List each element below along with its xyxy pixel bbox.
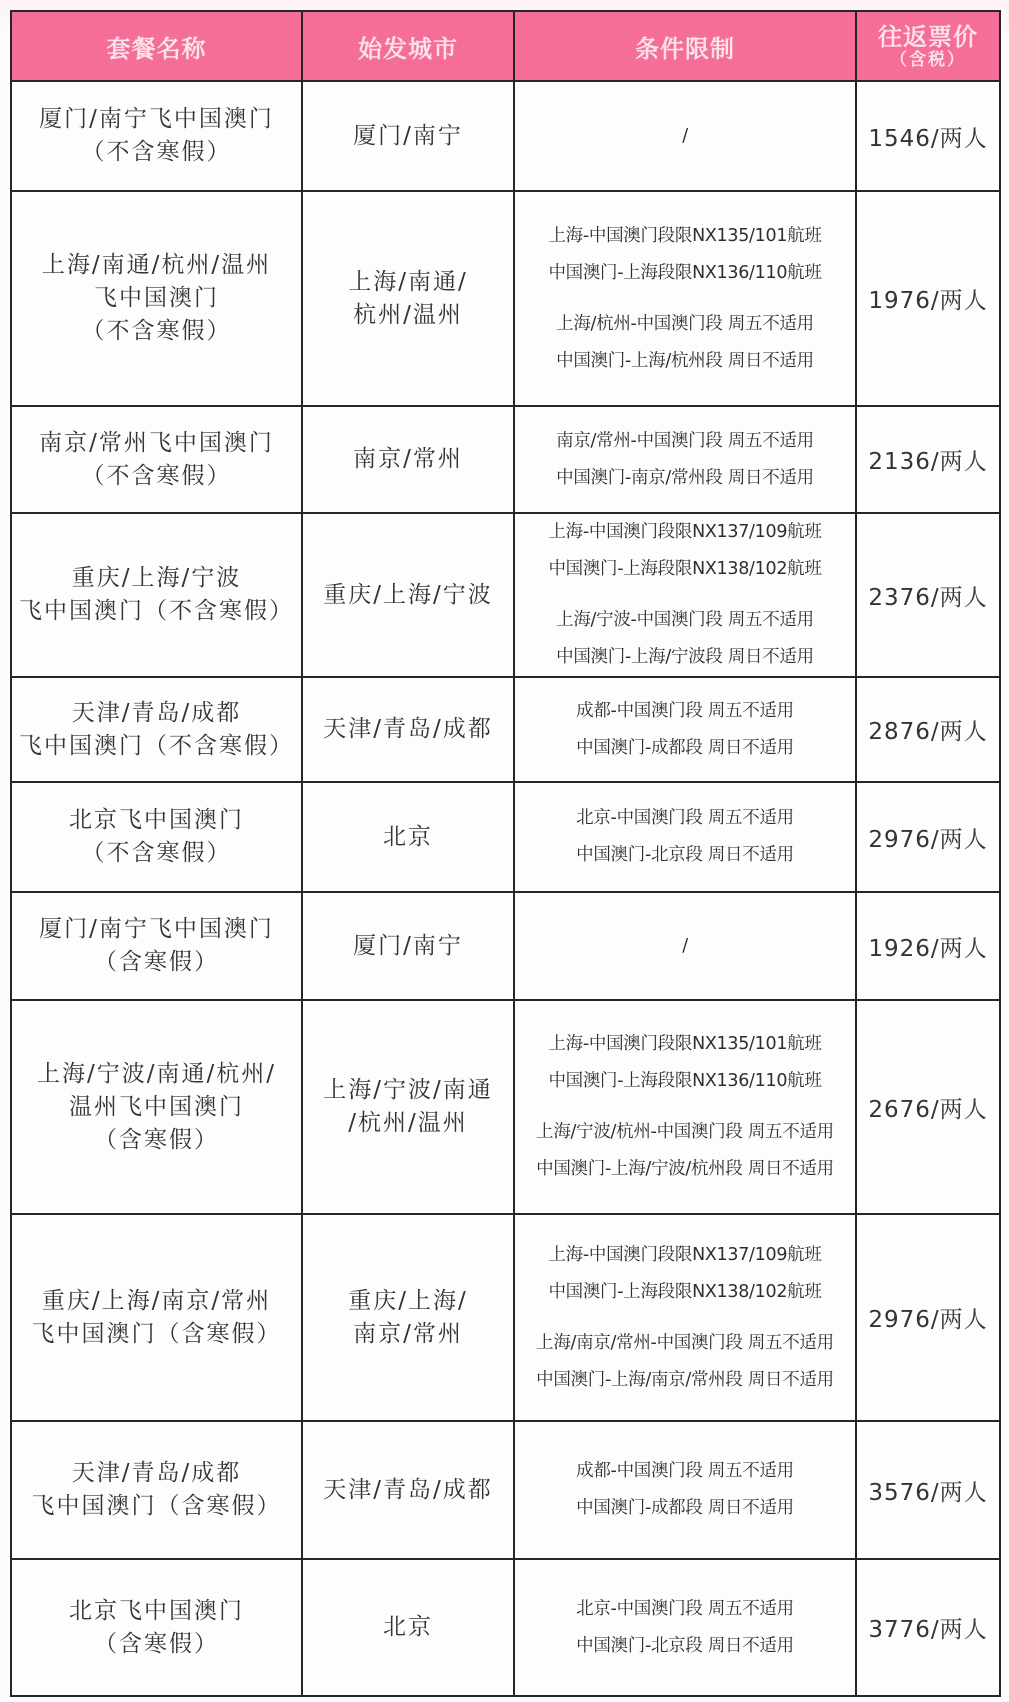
condition-line: 上海-中国澳门段限NX135/101航班 — [515, 218, 855, 255]
condition-line: 中国澳门-北京段 周日不适用 — [515, 837, 855, 874]
price-cell: 3576/两人 — [856, 1421, 1000, 1559]
package-name-line: （含寒假） — [12, 1124, 301, 1157]
conditions-group-gap — [515, 292, 855, 306]
departure-city-line: 天津/青岛/成都 — [303, 713, 513, 746]
price-cell: 1546/两人 — [856, 81, 1000, 191]
fare-table: 套餐名称 始发城市 条件限制 往返票价 （含税） 厦门/南宁飞中国澳门（不含寒假… — [10, 10, 1001, 1697]
package-name-line: 厦门/南宁飞中国澳门 — [12, 913, 301, 946]
condition-line: 上海-中国澳门段限NX135/101航班 — [515, 1026, 855, 1063]
condition-line: 上海-中国澳门段限NX137/109航班 — [515, 1237, 855, 1274]
package-name-line: （含寒假） — [12, 1628, 301, 1661]
condition-line: 南京/常州-中国澳门段 周五不适用 — [515, 423, 855, 460]
package-name-line: 北京飞中国澳门 — [12, 1595, 301, 1628]
departure-city-line: 北京 — [303, 821, 513, 854]
conditions-group-gap — [515, 1100, 855, 1114]
package-name-cell: 南京/常州飞中国澳门（不含寒假） — [11, 406, 302, 513]
price-cell: 2136/两人 — [856, 406, 1000, 513]
departure-city-cell: 天津/青岛/成都 — [302, 677, 514, 782]
price-cell: 2676/两人 — [856, 1000, 1000, 1214]
package-name-cell: 上海/宁波/南通/杭州/温州飞中国澳门（含寒假） — [11, 1000, 302, 1214]
departure-city-line: 重庆/上海/ — [303, 1285, 513, 1318]
package-name-line: 天津/青岛/成都 — [12, 697, 301, 730]
conditions-cell: 上海-中国澳门段限NX137/109航班中国澳门-上海段限NX138/102航班… — [514, 1214, 856, 1421]
conditions-cell: 北京-中国澳门段 周五不适用中国澳门-北京段 周日不适用 — [514, 1559, 856, 1696]
condition-line: 中国澳门-成都段 周日不适用 — [515, 730, 855, 767]
condition-line: 上海/杭州-中国澳门段 周五不适用 — [515, 306, 855, 343]
table-header-row: 套餐名称 始发城市 条件限制 往返票价 （含税） — [11, 11, 1000, 81]
package-name-line: 上海/宁波/南通/杭州/ — [12, 1058, 301, 1091]
condition-line: / — [515, 118, 855, 155]
package-name-cell: 天津/青岛/成都飞中国澳门（含寒假） — [11, 1421, 302, 1559]
condition-line: 中国澳门-上海段限NX138/102航班 — [515, 551, 855, 588]
condition-line: 中国澳门-上海/宁波/杭州段 周日不适用 — [515, 1151, 855, 1188]
package-name-line: 南京/常州飞中国澳门 — [12, 427, 301, 460]
table-row: 北京飞中国澳门（不含寒假）北京北京-中国澳门段 周五不适用中国澳门-北京段 周日… — [11, 782, 1000, 892]
package-name-line: 飞中国澳门（含寒假） — [12, 1490, 301, 1523]
conditions-cell: 上海-中国澳门段限NX137/109航班中国澳门-上海段限NX138/102航班… — [514, 513, 856, 677]
conditions-cell: 北京-中国澳门段 周五不适用中国澳门-北京段 周日不适用 — [514, 782, 856, 892]
departure-city-cell: 重庆/上海/宁波 — [302, 513, 514, 677]
price-cell: 3776/两人 — [856, 1559, 1000, 1696]
package-name-cell: 厦门/南宁飞中国澳门（不含寒假） — [11, 81, 302, 191]
conditions-group-gap — [515, 588, 855, 602]
price-cell: 2376/两人 — [856, 513, 1000, 677]
package-name-line: 飞中国澳门（不含寒假） — [12, 595, 301, 628]
header-departure-city: 始发城市 — [302, 11, 514, 81]
table-body: 厦门/南宁飞中国澳门（不含寒假）厦门/南宁/1546/两人上海/南通/杭州/温州… — [11, 81, 1000, 1696]
condition-line: 上海-中国澳门段限NX137/109航班 — [515, 514, 855, 551]
departure-city-cell: 厦门/南宁 — [302, 892, 514, 1000]
condition-line: 中国澳门-成都段 周日不适用 — [515, 1490, 855, 1527]
departure-city-cell: 北京 — [302, 782, 514, 892]
table-row: 天津/青岛/成都飞中国澳门（不含寒假）天津/青岛/成都成都-中国澳门段 周五不适… — [11, 677, 1000, 782]
package-name-cell: 天津/青岛/成都飞中国澳门（不含寒假） — [11, 677, 302, 782]
departure-city-cell: 上海/宁波/南通/杭州/温州 — [302, 1000, 514, 1214]
table-row: 重庆/上海/宁波飞中国澳门（不含寒假）重庆/上海/宁波上海-中国澳门段限NX13… — [11, 513, 1000, 677]
condition-line: 成都-中国澳门段 周五不适用 — [515, 1453, 855, 1490]
package-name-cell: 重庆/上海/宁波飞中国澳门（不含寒假） — [11, 513, 302, 677]
departure-city-line: 北京 — [303, 1611, 513, 1644]
table-row: 重庆/上海/南京/常州飞中国澳门（含寒假）重庆/上海/南京/常州上海-中国澳门段… — [11, 1214, 1000, 1421]
departure-city-line: 南京/常州 — [303, 1318, 513, 1351]
package-name-line: 重庆/上海/南京/常州 — [12, 1285, 301, 1318]
package-name-line: （不含寒假） — [12, 837, 301, 870]
package-name-cell: 北京飞中国澳门（不含寒假） — [11, 782, 302, 892]
condition-line: 成都-中国澳门段 周五不适用 — [515, 693, 855, 730]
package-name-line: 飞中国澳门 — [12, 282, 301, 315]
package-name-line: 重庆/上海/宁波 — [12, 562, 301, 595]
header-price-label: 往返票价 — [857, 23, 999, 51]
departure-city-cell: 天津/青岛/成都 — [302, 1421, 514, 1559]
package-name-line: （不含寒假） — [12, 315, 301, 348]
price-cell: 1926/两人 — [856, 892, 1000, 1000]
package-name-line: 厦门/南宁飞中国澳门 — [12, 103, 301, 136]
condition-line: 中国澳门-上海段限NX136/110航班 — [515, 255, 855, 292]
table-row: 北京飞中国澳门（含寒假）北京北京-中国澳门段 周五不适用中国澳门-北京段 周日不… — [11, 1559, 1000, 1696]
departure-city-line: 天津/青岛/成都 — [303, 1474, 513, 1507]
package-name-line: （不含寒假） — [12, 136, 301, 169]
package-name-line: 上海/南通/杭州/温州 — [12, 249, 301, 282]
condition-line: 上海/宁波/杭州-中国澳门段 周五不适用 — [515, 1114, 855, 1151]
departure-city-cell: 南京/常州 — [302, 406, 514, 513]
departure-city-line: /杭州/温州 — [303, 1107, 513, 1140]
condition-line: 上海/南京/常州-中国澳门段 周五不适用 — [515, 1325, 855, 1362]
header-price: 往返票价 （含税） — [856, 11, 1000, 81]
price-cell: 1976/两人 — [856, 191, 1000, 406]
price-cell: 2976/两人 — [856, 782, 1000, 892]
condition-line: 中国澳门-上海段限NX136/110航班 — [515, 1063, 855, 1100]
departure-city-cell: 上海/南通/杭州/温州 — [302, 191, 514, 406]
package-name-cell: 厦门/南宁飞中国澳门（含寒假） — [11, 892, 302, 1000]
conditions-cell: / — [514, 81, 856, 191]
conditions-group-gap — [515, 1311, 855, 1325]
package-name-cell: 重庆/上海/南京/常州飞中国澳门（含寒假） — [11, 1214, 302, 1421]
departure-city-line: 上海/南通/ — [303, 266, 513, 299]
condition-line: 北京-中国澳门段 周五不适用 — [515, 800, 855, 837]
conditions-cell: 成都-中国澳门段 周五不适用中国澳门-成都段 周日不适用 — [514, 677, 856, 782]
departure-city-line: 南京/常州 — [303, 443, 513, 476]
package-name-cell: 北京飞中国澳门（含寒假） — [11, 1559, 302, 1696]
table-row: 南京/常州飞中国澳门（不含寒假）南京/常州南京/常州-中国澳门段 周五不适用中国… — [11, 406, 1000, 513]
condition-line: 中国澳门-北京段 周日不适用 — [515, 1628, 855, 1665]
departure-city-line: 厦门/南宁 — [303, 120, 513, 153]
header-package-name: 套餐名称 — [11, 11, 302, 81]
conditions-cell: 上海-中国澳门段限NX135/101航班中国澳门-上海段限NX136/110航班… — [514, 1000, 856, 1214]
condition-line: 上海/宁波-中国澳门段 周五不适用 — [515, 602, 855, 639]
conditions-cell: 成都-中国澳门段 周五不适用中国澳门-成都段 周日不适用 — [514, 1421, 856, 1559]
price-cell: 2876/两人 — [856, 677, 1000, 782]
condition-line: 中国澳门-上海段限NX138/102航班 — [515, 1274, 855, 1311]
package-name-line: 北京飞中国澳门 — [12, 804, 301, 837]
conditions-cell: / — [514, 892, 856, 1000]
conditions-cell: 上海-中国澳门段限NX135/101航班中国澳门-上海段限NX136/110航班… — [514, 191, 856, 406]
condition-line: 中国澳门-上海/杭州段 周日不适用 — [515, 343, 855, 380]
package-name-line: 飞中国澳门（含寒假） — [12, 1318, 301, 1351]
package-name-line: （不含寒假） — [12, 460, 301, 493]
condition-line: 中国澳门-上海/南京/常州段 周日不适用 — [515, 1362, 855, 1399]
departure-city-line: 重庆/上海/宁波 — [303, 579, 513, 612]
table-row: 厦门/南宁飞中国澳门（不含寒假）厦门/南宁/1546/两人 — [11, 81, 1000, 191]
table-row: 上海/宁波/南通/杭州/温州飞中国澳门（含寒假）上海/宁波/南通/杭州/温州上海… — [11, 1000, 1000, 1214]
price-cell: 2976/两人 — [856, 1214, 1000, 1421]
departure-city-line: 上海/宁波/南通 — [303, 1074, 513, 1107]
package-name-cell: 上海/南通/杭州/温州飞中国澳门（不含寒假） — [11, 191, 302, 406]
condition-line: 北京-中国澳门段 周五不适用 — [515, 1591, 855, 1628]
conditions-cell: 南京/常州-中国澳门段 周五不适用中国澳门-南京/常州段 周日不适用 — [514, 406, 856, 513]
departure-city-cell: 北京 — [302, 1559, 514, 1696]
departure-city-line: 杭州/温州 — [303, 299, 513, 332]
condition-line: / — [515, 928, 855, 965]
condition-line: 中国澳门-上海/宁波段 周日不适用 — [515, 639, 855, 676]
departure-city-line: 厦门/南宁 — [303, 930, 513, 963]
header-conditions: 条件限制 — [514, 11, 856, 81]
table-row: 上海/南通/杭州/温州飞中国澳门（不含寒假）上海/南通/杭州/温州上海-中国澳门… — [11, 191, 1000, 406]
package-name-line: 温州飞中国澳门 — [12, 1091, 301, 1124]
table-row: 厦门/南宁飞中国澳门（含寒假）厦门/南宁/1926/两人 — [11, 892, 1000, 1000]
package-name-line: （含寒假） — [12, 946, 301, 979]
header-price-tax-note: （含税） — [857, 51, 999, 69]
package-name-line: 天津/青岛/成都 — [12, 1457, 301, 1490]
condition-line: 中国澳门-南京/常州段 周日不适用 — [515, 460, 855, 497]
departure-city-cell: 厦门/南宁 — [302, 81, 514, 191]
table-row: 天津/青岛/成都飞中国澳门（含寒假）天津/青岛/成都成都-中国澳门段 周五不适用… — [11, 1421, 1000, 1559]
package-name-line: 飞中国澳门（不含寒假） — [12, 730, 301, 763]
departure-city-cell: 重庆/上海/南京/常州 — [302, 1214, 514, 1421]
